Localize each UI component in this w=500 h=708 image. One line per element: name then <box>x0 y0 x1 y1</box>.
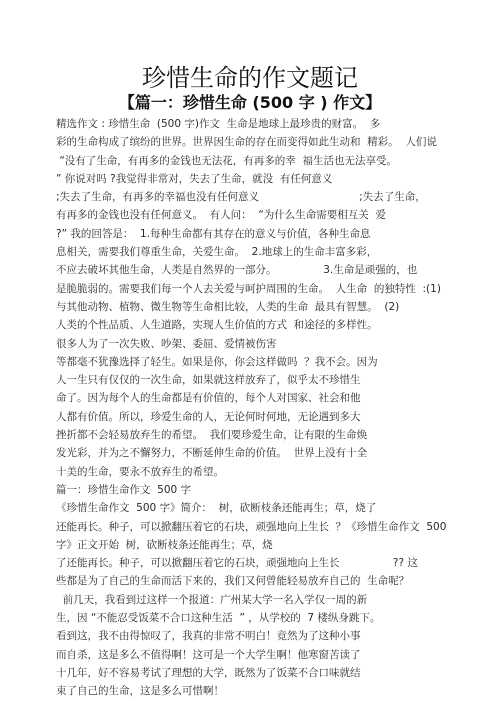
section-heading-line: 篇一：珍惜生命作文 500 字 <box>56 481 496 499</box>
paragraph-line: 束了自己的生命，这是多么可惜啊！ <box>56 682 496 700</box>
document-subtitle: 【篇一：珍惜生命 (500 字 ) 作文】 <box>0 90 500 113</box>
paragraph-line: ?” 我的回答是： 1.每种生命都有其存在的意义与价值，各种生命息 <box>56 225 496 243</box>
document-body: 精选作文 : 珍惜生命 (500 字)作文 生命是地球上最珍贵的财富。 多 彩的… <box>56 115 496 701</box>
paragraph-line: 等都毫不犹豫选择了轻生。如果是你，你会这样做吗 ？我不会。因为 <box>56 353 496 371</box>
paragraph-line: 十美的生命，要永不放弃生的希望。 <box>56 463 496 481</box>
paragraph-line: 人一生只有仅仅的一次生命，如果就这样放弃了，似乎太不珍惜生 <box>56 371 496 389</box>
paragraph-line: 息相关，需要我们尊重生命，关爱生命。 2.地球上的生命丰富多彩， <box>56 243 496 261</box>
paragraph-line: 生，因 “不能忍受饭菜不合口这种生活 ” ，从学校的 7 楼纵身跳下。 <box>56 609 496 627</box>
paragraph-line: 很多人为了一次失败、吵架、委屈、爱情被伤害 <box>56 335 496 353</box>
paragraph-line: 些都是为了自己的生命而活下来的，我们又何曾能轻易放弃自己的 生命呢？ <box>56 572 496 590</box>
paragraph-line: ;失去了生命，有再多的幸福也没有任何意义 ;失去了生命， <box>56 188 496 206</box>
paragraph-line: 而自杀，这是多么不值得啊！这可是一个大学生啊！他寒窗苦读了 <box>56 646 496 664</box>
document-title: 珍惜生命的作文题记 <box>0 58 500 93</box>
paragraph-line: 了还能再长。种子，可以掀翻压着它的石块，顽强地向上生长 ?? 这 <box>56 554 496 572</box>
paragraph-line: 挫折都不会轻易放弃生的希望。 我们要珍爱生命，让有限的生命焕 <box>56 426 496 444</box>
paragraph-line: 是脆脆弱的。需要我们每一个人去关爱与呵护周围的生命。 人生命 的独特性 :(1) <box>56 280 496 298</box>
paragraph-line: 彩的生命构成了缤纷的世界。世界因生命的存在而变得如此生动和 精彩。 人们说 <box>56 133 496 151</box>
paragraph-line: 前几天，我看到过这样一个报道：广州某大学一名入学仅一周的新 <box>56 591 496 609</box>
paragraph-line: 精选作文 : 珍惜生命 (500 字)作文 生命是地球上最珍贵的财富。 多 <box>56 115 496 133</box>
paragraph-line: 字》正文开始 树，砍断枝条还能再生；草，烧 <box>56 536 496 554</box>
paragraph-line: ” 你说对吗 ?我觉得非常对，失去了生命，就没 有任何意义 <box>56 170 496 188</box>
paragraph-line: 发光彩，并为之不懈努力，不断延伸生命的价值。 世界上没有十全 <box>56 444 496 462</box>
paragraph-line: 有再多的金钱也没有任何意义。 有人问： “为什么生命需要相互关 爱 <box>56 206 496 224</box>
paragraph-line: 还能再长。种子，可以掀翻压着它的石块，顽强地向上生长 ？《珍惜生命作文 500 <box>56 518 496 536</box>
paragraph-line: 不应去破坏其他生命，人类是自然界的一部分。 3.生命是顽强的，也 <box>56 261 496 279</box>
paragraph-line: 人类的个性品质、人生道路，实现人生价值的方式 和途径的多样性。 <box>56 316 496 334</box>
paragraph-line: “没有了生命，有再多的金钱也无法花，有再多的幸 福生活也无法享受。 <box>56 152 496 170</box>
paragraph-line: 与其他动物、植物、微生物等生命相比较，人类的生命 最具有智慧。 (2) <box>56 298 496 316</box>
paragraph-line: 人都有价值。所以，珍爱生命的人，无论何时何地，无论遇到多大 <box>56 408 496 426</box>
paragraph-line: 命了。因为每个人的生命都是有价值的，每个人对国家、社会和他 <box>56 389 496 407</box>
paragraph-line: 十几年，好不容易考试了理想的大学，既然为了饭菜不合口味就结 <box>56 664 496 682</box>
paragraph-line: 看到这，我不由得惊叹了，我真的非常不明白！竟然为了这种小事 <box>56 627 496 645</box>
paragraph-line: 《珍惜生命作文 500 字》简介： 树，砍断枝条还能再生；草，烧了 <box>56 499 496 517</box>
